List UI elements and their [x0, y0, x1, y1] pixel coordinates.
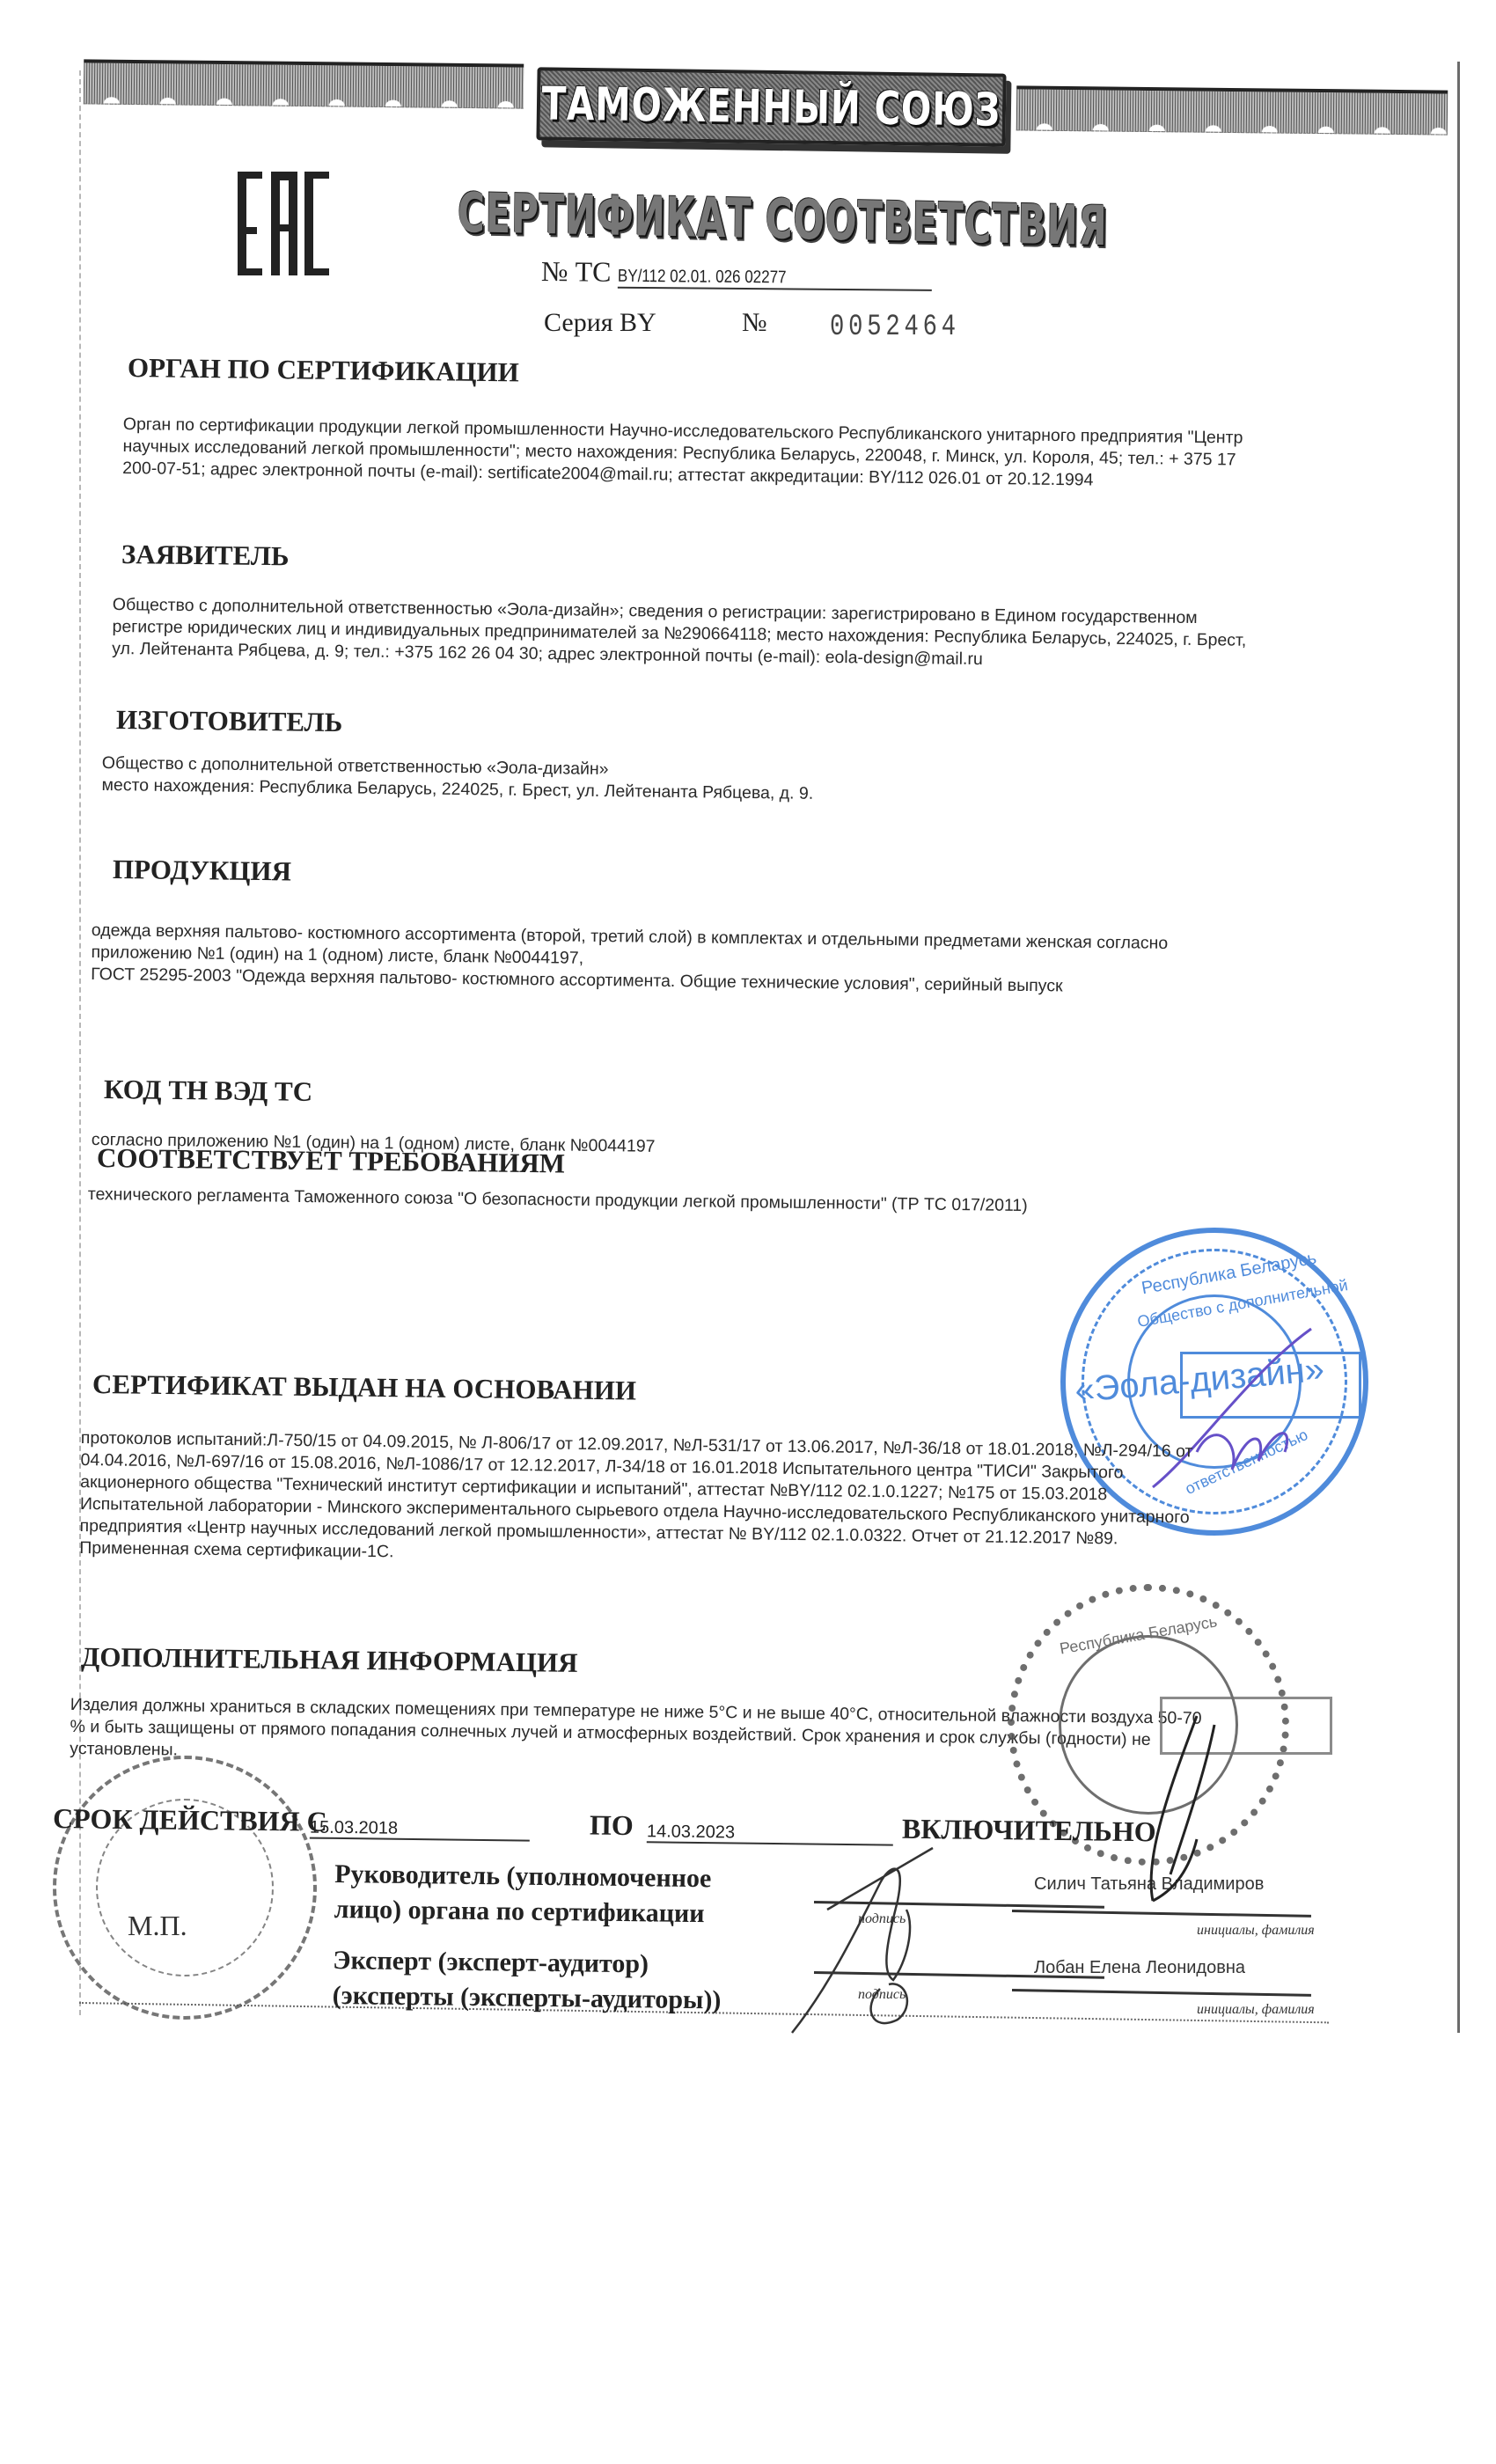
validity-to-label: ПО [590, 1808, 634, 1842]
head-name-line [1012, 1910, 1311, 1918]
expert-name-line [1012, 1989, 1311, 1997]
validity-from-date: 15.03.2018 [310, 1818, 530, 1842]
basis-text: протоколов испытаний:Л-750/15 от 04.09.2… [79, 1427, 1419, 1576]
expert-label-line2: (эксперты (эксперты-аудиторы)) [333, 1978, 722, 2018]
text-line: технического регламента Таможенного союз… [88, 1184, 1320, 1221]
heading-hs-code: КОД ТН ВЭД ТС [104, 1074, 313, 1108]
expert-name-caption: инициалы, фамилия [1197, 2002, 1315, 2018]
certificate-title: СЕРТИФИКАТ СООТВЕТСТВИЯ [458, 180, 1108, 258]
customs-union-banner: ТАМОЖЕННЫЙ СОЮЗ [536, 67, 1006, 146]
heading-product: ПРОДУКЦИЯ [113, 854, 291, 887]
heading-certification-body: ОРГАН ПО СЕРТИФИКАЦИИ [128, 352, 519, 388]
handwritten-signature-icon [774, 1830, 1056, 2042]
conformity-text: технического регламента Таможенного союз… [88, 1184, 1320, 1221]
expert-signatory-label: Эксперт (эксперт-аудитор) (эксперты (экс… [333, 1943, 722, 2018]
expert-name: Лобан Елена Леонидовна [1034, 1958, 1245, 1978]
serial-number: 0052464 [830, 311, 960, 344]
page-border-right [1452, 62, 1460, 2033]
ornamental-border-right [1016, 85, 1448, 135]
certificate-number-label: № ТС [541, 255, 612, 288]
heading-applicant: ЗАЯВИТЕЛЬ [121, 539, 290, 572]
handwritten-signature-2-icon [1118, 1698, 1223, 1910]
copy-stamp-country: Республика Беларусь [1059, 1612, 1219, 1658]
certification-body-text: Орган по сертификации продукции легкой п… [122, 414, 1434, 495]
customs-union-text: ТАМОЖЕННЫЙ СОЮЗ [541, 77, 1001, 136]
heading-basis: СЕРТИФИКАТ ВЫДАН НА ОСНОВАНИИ [92, 1368, 636, 1407]
series-label: Серия BY [544, 308, 656, 337]
heading-conformity: СООТВЕТСТВУЕТ ТРЕБОВАНИЯМ [97, 1142, 565, 1179]
manufacturer-text: Общество с дополнительной ответственност… [101, 752, 894, 806]
head-signatory-label: Руководитель (уполномоченное лицо) орган… [334, 1857, 712, 1932]
certificate-page: ТАМОЖЕННЫЙ СОЮЗ СЕРТИФИКАТ СООТВЕТСТВИЯ … [0, 0, 1496, 2464]
certificate-number: № ТСBY/112 02.01. 026 02277 [541, 255, 988, 291]
series-row: Серия BY № 0052464 [544, 308, 656, 338]
eac-letter-a [271, 172, 297, 275]
expert-label-line1: Эксперт (эксперт-аудитор) [333, 1943, 722, 1983]
head-label-line1: Руководитель (уполномоченное [334, 1857, 712, 1896]
eac-mark-icon [238, 172, 334, 277]
heading-additional-info: ДОПОЛНИТЕЛЬНАЯ ИНФОРМАЦИЯ [81, 1641, 578, 1679]
applicant-text: Общество с дополнительной ответственност… [112, 594, 1433, 676]
validity-from-label: СРОК ДЕЙСТВИЯ С [53, 1802, 327, 1838]
head-label-line2: лицо) органа по сертификации [334, 1892, 712, 1932]
official-seal [53, 1756, 317, 2020]
certificate-number-value: BY/112 02.01. 026 02277 [618, 267, 932, 291]
head-name-caption: инициалы, фамилия [1197, 1923, 1315, 1939]
eac-letter-e [238, 172, 264, 275]
heading-manufacturer: ИЗГОТОВИТЕЛЬ [116, 704, 343, 738]
ornamental-border-left [84, 59, 524, 108]
eac-letter-c [304, 172, 331, 275]
product-text: одежда верхняя пальтово- костюмного ассо… [91, 920, 1412, 1001]
serial-label: № [742, 308, 767, 338]
seal-label: М.П. [128, 1910, 187, 1942]
